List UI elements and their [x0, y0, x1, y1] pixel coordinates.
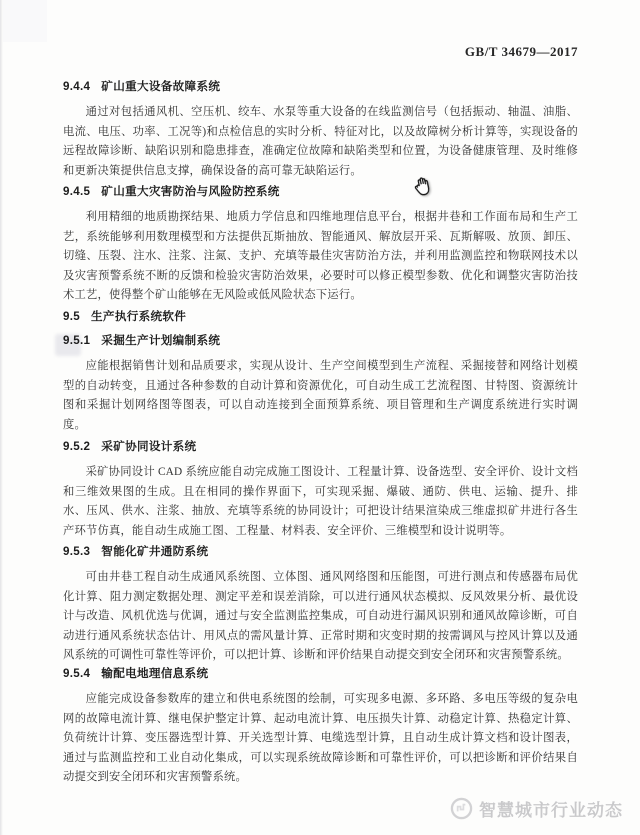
section-title: 矿山重大灾害防治与风险防控系统: [101, 185, 279, 198]
section-title: 采矿协同设计系统: [101, 440, 196, 453]
section-heading: 9.5.3智能化矿井通防系统: [63, 544, 578, 560]
section-heading: 9.4.5矿山重大灾害防治与风险防控系统: [63, 184, 578, 200]
section-paragraph: 应能根据销售计划和品质要求，实现从设计、生产空间模型到生产流程、采掘接替和网络计…: [63, 357, 578, 435]
section-heading: 9.5.2采矿协同设计系统: [63, 439, 578, 455]
scan-edge-artifact: [0, 0, 3, 835]
section-number: 9.5: [63, 310, 80, 323]
section-9-4-4: 9.4.4矿山重大设备故障系统 通过对包括通风机、空压机、绞车、水泵等重大设备的…: [63, 79, 578, 181]
watermark: 智慧城市行业动态: [450, 796, 623, 821]
section-9-5-4: 9.5.4输配电地理信息系统 应能完成设备参数库的建立和供电系统图的绘制，可实现…: [63, 666, 578, 788]
section-9-4-5: 9.4.5矿山重大灾害防治与风险防控系统 利用精细的地质勘探结果、地质力学信息和…: [63, 184, 578, 306]
smart-city-logo-icon: [450, 797, 473, 820]
section-number: 9.5.2: [63, 440, 90, 453]
section-title: 智能化矿井通防系统: [101, 545, 208, 558]
scan-corner-artifact: [3, 0, 47, 42]
grab-hand-cursor-icon: [409, 173, 437, 201]
section-paragraph: 应能完成设备参数库的建立和供电系统图的绘制，可实现多电源、多环路、多电压等级的复…: [63, 690, 578, 788]
standard-number-header: GB/T 34679—2017: [63, 44, 578, 60]
section-paragraph: 可由井巷工程自动生成通风系统图、立体图、通风网络图和压能图，可进行测点和传感器布…: [63, 568, 578, 666]
section-heading: 9.5.4输配电地理信息系统: [63, 666, 578, 682]
section-number: 9.4.5: [63, 185, 90, 198]
section-9-5-2: 9.5.2采矿协同设计系统 采矿协同设计 CAD 系统应能自动完成施工图设计、工…: [63, 439, 578, 541]
section-title: 生产执行系统软件: [91, 310, 186, 323]
section-paragraph: 采矿协同设计 CAD 系统应能自动完成施工图设计、工程量计算、设备选型、安全评价…: [63, 463, 578, 541]
section-heading: 9.4.4矿山重大设备故障系统: [63, 79, 578, 95]
section-number: 9.4.4: [63, 80, 90, 93]
section-number: 9.5.4: [63, 667, 90, 680]
section-title: 采掘生产计划编制系统: [101, 334, 220, 347]
section-heading: 9.5生产执行系统软件: [63, 309, 578, 325]
section-title: 矿山重大设备故障系统: [101, 80, 220, 93]
section-paragraph: 通过对包括通风机、空压机、绞车、水泵等重大设备的在线监测信号（包括振动、轴温、油…: [63, 103, 578, 181]
section-9-5: 9.5生产执行系统软件: [63, 309, 578, 325]
section-9-5-1: 9.5.1采掘生产计划编制系统 应能根据销售计划和品质要求，实现从设计、生产空间…: [63, 333, 578, 435]
section-number: 9.5.3: [63, 545, 90, 558]
document-page[interactable]: GB/T 34679—2017 9.4.4矿山重大设备故障系统 通过对包括通风机…: [0, 0, 640, 835]
section-number: 9.5.1: [63, 334, 90, 347]
section-paragraph: 利用精细的地质勘探结果、地质力学信息和四维地理信息平台，根据井巷和工作面布局和生…: [63, 208, 578, 306]
section-heading: 9.5.1采掘生产计划编制系统: [63, 333, 578, 349]
section-title: 输配电地理信息系统: [101, 667, 208, 680]
section-9-5-3: 9.5.3智能化矿井通防系统 可由井巷工程自动生成通风系统图、立体图、通风网络图…: [63, 544, 578, 666]
watermark-text: 智慧城市行业动态: [479, 796, 623, 821]
